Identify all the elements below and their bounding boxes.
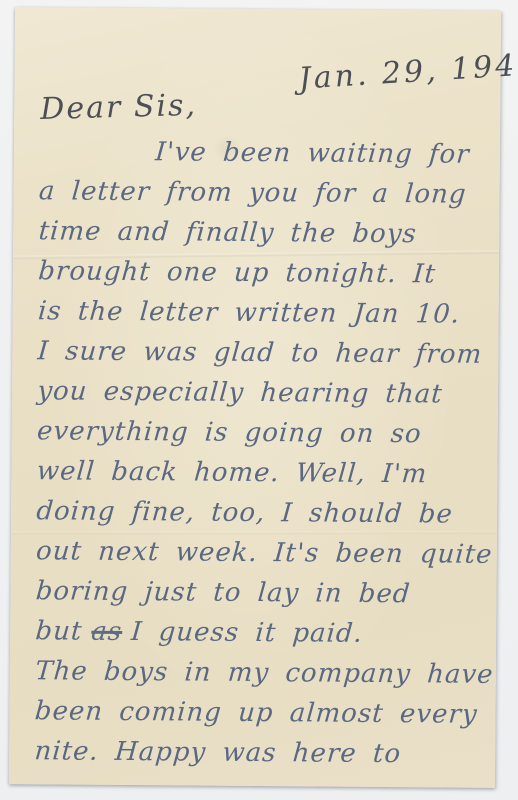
letter-line: is the letter written Jan 10. bbox=[37, 291, 502, 335]
letter-line: out next week. It's been quite bbox=[35, 531, 500, 575]
letter-line: boring just to lay in bed bbox=[34, 571, 499, 615]
letter-line: I sure was glad to hear from bbox=[36, 331, 501, 375]
letter-line: brought one up tonight. It bbox=[37, 251, 502, 295]
letter-line: well back home. Well, I'm bbox=[35, 451, 500, 495]
strike-line-before: but bbox=[34, 616, 83, 646]
letter-line: doing fine, too, I should be bbox=[35, 491, 500, 535]
letter-line: been coming up almost every bbox=[33, 691, 498, 735]
letter-line: nite. Happy was here to bbox=[33, 731, 498, 775]
letter-date: Jan. 29, 1946 bbox=[298, 47, 518, 97]
letter-body: I've been waiting for a letter from you … bbox=[33, 131, 500, 775]
crossed-out-word: as bbox=[90, 617, 123, 647]
letter-line: you especially hearing that bbox=[36, 371, 501, 415]
letter-line: I've been waiting for bbox=[38, 131, 503, 175]
letter-line: a letter from you for a long bbox=[37, 171, 502, 215]
letter-line: time and finally the boys bbox=[37, 211, 502, 255]
letter-line: everything is going on so bbox=[36, 411, 501, 455]
letter-paper: Jan. 29, 1946 Dear Sis, I've been waitin… bbox=[9, 7, 501, 788]
letter-line: The boys in my company have bbox=[34, 651, 499, 695]
letter-salutation: Dear Sis, bbox=[40, 88, 198, 127]
strike-line-after: I guess it paid. bbox=[130, 617, 364, 649]
letter-line-with-strikethrough: butasI guess it paid. bbox=[34, 611, 499, 655]
